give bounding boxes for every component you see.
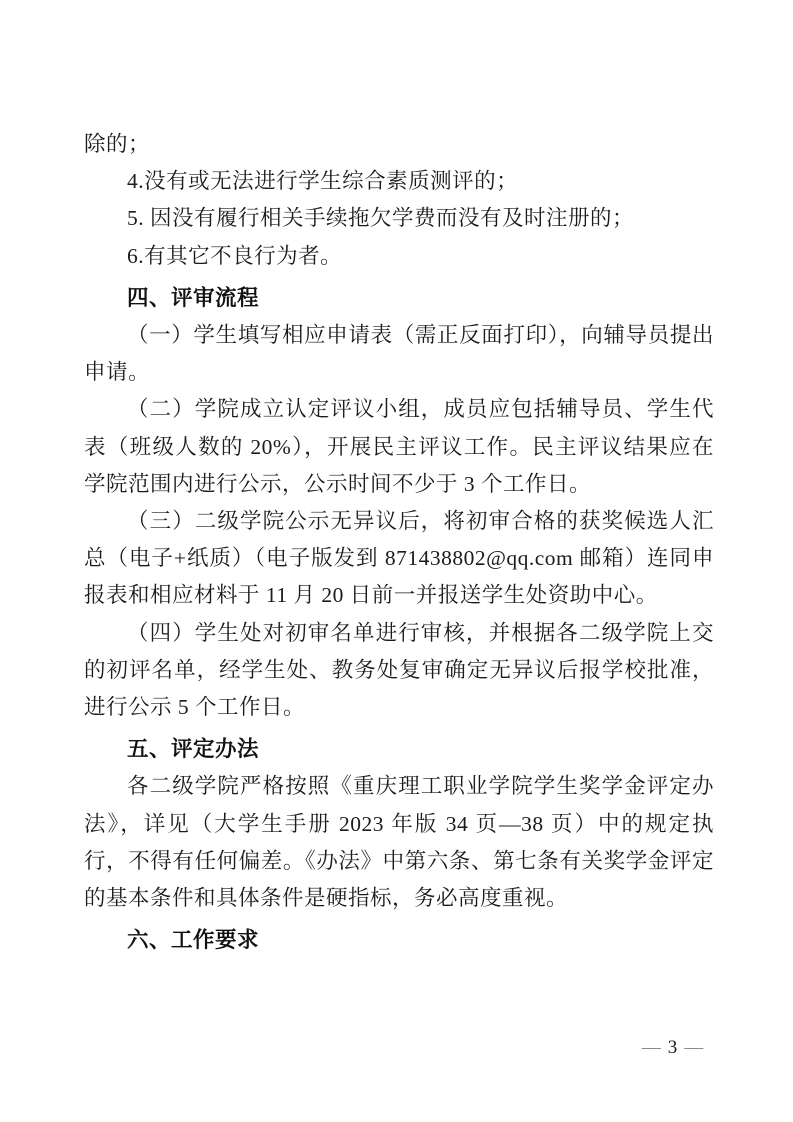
section-heading-evaluation-method: 五、评定办法 [84,731,714,768]
list-item-6: 6.有其它不良行为者。 [84,238,714,275]
page-number-footer: — 3 — [600,1034,745,1062]
page-number: 3 [668,1034,678,1062]
paragraph-step-4: （四）学生处对初审名单进行审核，并根据各二级学院上交的初评名单，经学生处、教务处… [84,615,714,727]
footer-dash-right: — [684,1034,703,1062]
paragraph-step-3: （三）二级学院公示无异议后，将初审合格的获奖候选人汇总（电子+纸质）（电子版发到… [84,503,714,615]
paragraph-evaluation-method: 各二级学院严格按照《重庆理工职业学院学生奖学金评定办法》，详见（大学生手册 20… [84,768,714,917]
section-heading-work-requirements: 六、工作要求 [84,922,714,959]
paragraph-step-1: （一）学生填写相应申请表（需正反面打印），向辅导员提出申请。 [84,317,714,391]
paragraph-step-2: （二）学院成立认定评议小组，成员应包括辅导员、学生代表（班级人数的 20%），开… [84,391,714,503]
footer-dash-left: — [642,1034,661,1062]
paragraph-continuation: 除的； [84,126,714,163]
section-heading-review-process: 四、评审流程 [84,280,714,317]
document-page: 除的； 4.没有或无法进行学生综合素质测评的； 5. 因没有履行相关手续拖欠学费… [0,0,793,1122]
list-item-5: 5. 因没有履行相关手续拖欠学费而没有及时注册的； [84,200,714,237]
list-item-4: 4.没有或无法进行学生综合素质测评的； [84,163,714,200]
document-body: 除的； 4.没有或无法进行学生综合素质测评的； 5. 因没有履行相关手续拖欠学费… [84,126,714,959]
